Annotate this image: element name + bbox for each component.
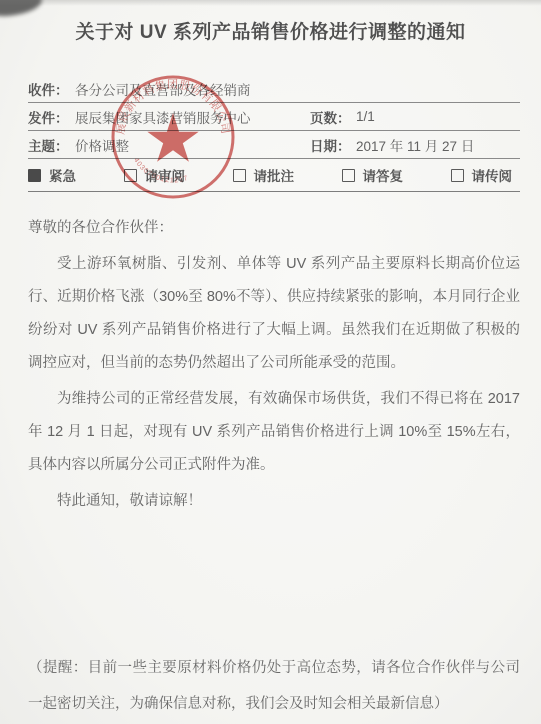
- checkbox-annotate: 请批注: [233, 165, 295, 185]
- checkbox-review: 请审阅: [124, 165, 186, 185]
- pages-label: 页数：: [310, 107, 356, 127]
- subject-label: 主题：: [28, 135, 75, 155]
- reply-checkbox-icon: [342, 169, 355, 182]
- sender-value: 展辰集团家具漆营销服务中心: [75, 107, 310, 127]
- annotate-checkbox-icon: [233, 169, 246, 182]
- paragraph-2: 为维持公司的正常经营发展，有效确保市场供货，我们不得已将在 2017 年 12 …: [28, 383, 520, 482]
- checkbox-circulate: 请传阅: [451, 165, 513, 185]
- pages-value: 1/1: [356, 109, 520, 124]
- letter-body: 尊敬的各位合作伙伴： 受上游环氧树脂、引发剂、单体等 UV 系列产品主要原料长期…: [28, 212, 520, 521]
- urgent-label: 紧急: [49, 165, 76, 185]
- salutation: 尊敬的各位合作伙伴：: [28, 212, 520, 245]
- date-value: 2017 年 11 月 27 日: [356, 135, 520, 155]
- header-row-recipient: 收件： 各分公司及直营部及各经销商: [28, 75, 520, 103]
- review-checkbox-icon: [124, 169, 137, 182]
- subject-value: 价格调整: [75, 135, 310, 155]
- review-label: 请审阅: [145, 165, 186, 185]
- scan-edge-shadow: [0, 0, 541, 6]
- header-row-subject: 主题： 价格调整 日期： 2017 年 11 月 27 日: [28, 131, 520, 159]
- circulate-checkbox-icon: [451, 169, 464, 182]
- annotate-label: 请批注: [254, 165, 295, 185]
- circulate-label: 请传阅: [472, 165, 513, 185]
- recipient-value: 各分公司及直营部及各经销商: [75, 79, 520, 99]
- header-row-sender: 发件： 展辰集团家具漆营销服务中心 页数： 1/1: [28, 103, 520, 131]
- urgent-checkbox-icon: [28, 169, 41, 182]
- reply-label: 请答复: [363, 165, 404, 185]
- checkbox-urgent: 紧急: [28, 165, 76, 185]
- header-row-checkboxes: 紧急 请审阅 请批注 请答复 请传阅: [28, 159, 520, 192]
- fax-header-table: 收件： 各分公司及直营部及各经销商 发件： 展辰集团家具漆营销服务中心 页数： …: [28, 75, 520, 192]
- paragraph-1: 受上游环氧树脂、引发剂、单体等 UV 系列产品主要原料长期高价位运行、近期价格飞…: [28, 248, 520, 380]
- sender-label: 发件：: [28, 107, 75, 127]
- checkbox-reply: 请答复: [342, 165, 404, 185]
- date-label: 日期：: [310, 135, 356, 155]
- document-title: 关于对 UV 系列产品销售价格进行调整的通知: [0, 20, 541, 46]
- footer-reminder-note: （提醒：目前一些主要原材料价格仍处于高位态势，请各位合作伙伴与公司一起密切关注，…: [28, 650, 520, 722]
- closing-line: 特此通知，敬请谅解！: [28, 485, 520, 518]
- recipient-label: 收件：: [28, 79, 75, 99]
